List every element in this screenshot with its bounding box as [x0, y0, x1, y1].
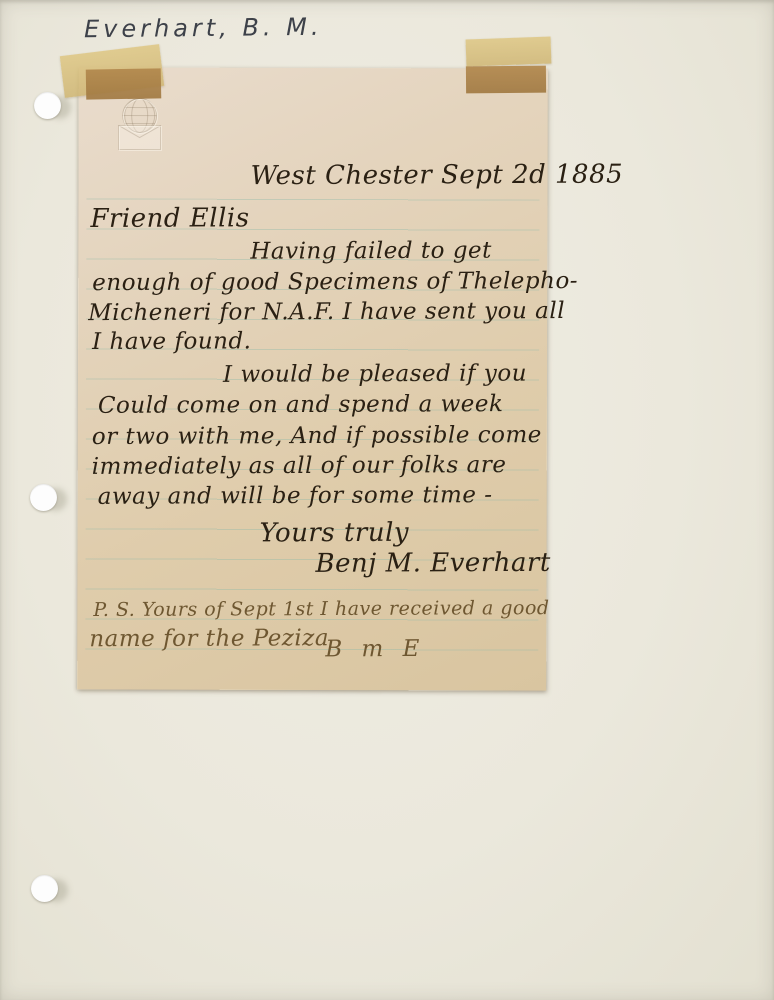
letter-line: I have found.: [92, 328, 251, 355]
letter-line: enough of good Specimens of Thelepho-: [92, 268, 578, 296]
tape-strip: [466, 37, 552, 67]
letter-line: away and will be for some time -: [98, 482, 493, 510]
letter-line: or two with me, And if possible come: [92, 422, 542, 450]
letter-signature: Benj M. Everhart: [315, 548, 550, 579]
postscript-initials: B m E: [325, 636, 425, 662]
punch-hole: [30, 484, 57, 511]
tape-strip: [466, 66, 546, 94]
letter-line: Having failed to get: [250, 238, 492, 265]
handwritten-letter: West Chester Sept 2d 1885 Friend Ellis H…: [77, 67, 548, 690]
tape-strip: [86, 68, 162, 99]
letter-dateline: West Chester Sept 2d 1885: [250, 160, 623, 192]
punch-hole: [34, 92, 61, 119]
postscript-line: P. S. Yours of Sept 1st I have received …: [93, 597, 549, 621]
letter-line: immediately as all of our folks are: [92, 452, 507, 480]
archivist-annotation: Everhart, B. M.: [84, 13, 323, 43]
embossed-seal-icon: [109, 91, 171, 161]
letter-line: Could come on and spend a week: [98, 391, 504, 419]
letter-line: I would be pleased if you: [223, 361, 527, 388]
postscript-line: name for the Peziza: [89, 625, 329, 652]
letter-salutation: Friend Ellis: [90, 203, 249, 234]
punch-hole: [31, 875, 58, 902]
letter-valediction: Yours truly: [260, 518, 410, 549]
letter-line: Micheneri for N.A.F. I have sent you all: [88, 298, 565, 326]
scanned-page: Everhart, B. M. West Chester Se: [0, 0, 774, 1000]
